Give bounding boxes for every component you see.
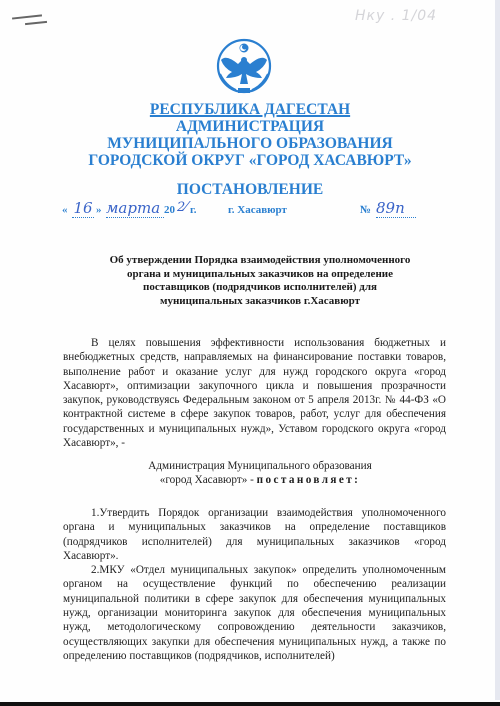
resolution-prefix: «город Хасавюрт» -: [160, 474, 257, 486]
year-prefix: 20: [164, 204, 175, 216]
document-type: ПОСТАНОВЛЕНИЕ: [0, 181, 500, 199]
subject-line: муниципальных заказчиков г.Хасавюрт: [60, 295, 460, 309]
page-edge: [495, 0, 500, 700]
clauses: 1.Утвердить Порядок организации взаимоде…: [63, 506, 446, 663]
subject-line: органа и муниципальных заказчиков на опр…: [60, 268, 460, 282]
close-quote: »: [96, 204, 102, 216]
resolution-statement: Администрация Муниципального образования…: [60, 459, 460, 488]
subject-line: поставщиков (подрядчиков исполнителей) д…: [60, 281, 460, 295]
letterhead: РЕСПУБЛИКА ДАГЕСТАН АДМИНИСТРАЦИЯ МУНИЦИ…: [0, 101, 500, 169]
date-day: 16: [72, 199, 94, 218]
date-row: « 16 » марта 20 2⁄ г. г. Хасавюрт № 89п: [60, 201, 460, 221]
year-suffix: г.: [190, 204, 197, 216]
year-handwritten: 2⁄: [177, 200, 187, 215]
corner-mark: [12, 14, 42, 19]
document-page: Нку . 1/04 РЕСПУБЛИКА ДАГЕСТАН АДМИНИСТР…: [0, 0, 500, 706]
republic-name: РЕСПУБЛИКА ДАГЕСТАН: [0, 101, 500, 118]
date-month: марта: [106, 199, 164, 218]
resolution-line: «город Хасавюрт» - постановляет:: [60, 473, 460, 487]
document-subject: Об утверждении Порядка взаимодействия уп…: [60, 254, 460, 308]
clause-2: 2.МКУ «Отдел муниципальных закупок» опре…: [63, 563, 446, 663]
handwritten-note: Нку . 1/04: [355, 8, 437, 24]
clause-1: 1.Утвердить Порядок организации взаимоде…: [63, 506, 446, 563]
district-label: ГОРОДСКОЙ ОКРУГ «ГОРОД ХАСАВЮРТ»: [0, 152, 500, 169]
scan-border: [0, 702, 500, 706]
administration-label: АДМИНИСТРАЦИЯ: [0, 118, 500, 135]
preamble: В целях повышения эффективности использо…: [63, 336, 446, 450]
document-number: 89п: [376, 199, 416, 218]
open-quote: «: [62, 204, 68, 216]
city-label: г. Хасавюрт: [228, 204, 287, 216]
corner-mark: [25, 21, 47, 25]
municipal-label: МУНИЦИПАЛЬНОГО ОБРАЗОВАНИЯ: [0, 135, 500, 152]
resolution-line: Администрация Муниципального образования: [60, 459, 460, 473]
number-label: №: [360, 204, 371, 216]
subject-line: Об утверждении Порядка взаимодействия уп…: [60, 254, 460, 268]
preamble-paragraph: В целях повышения эффективности использо…: [63, 336, 446, 450]
resolution-verb: постановляет:: [257, 474, 361, 486]
dagestan-coat-of-arms-icon: [212, 36, 276, 98]
